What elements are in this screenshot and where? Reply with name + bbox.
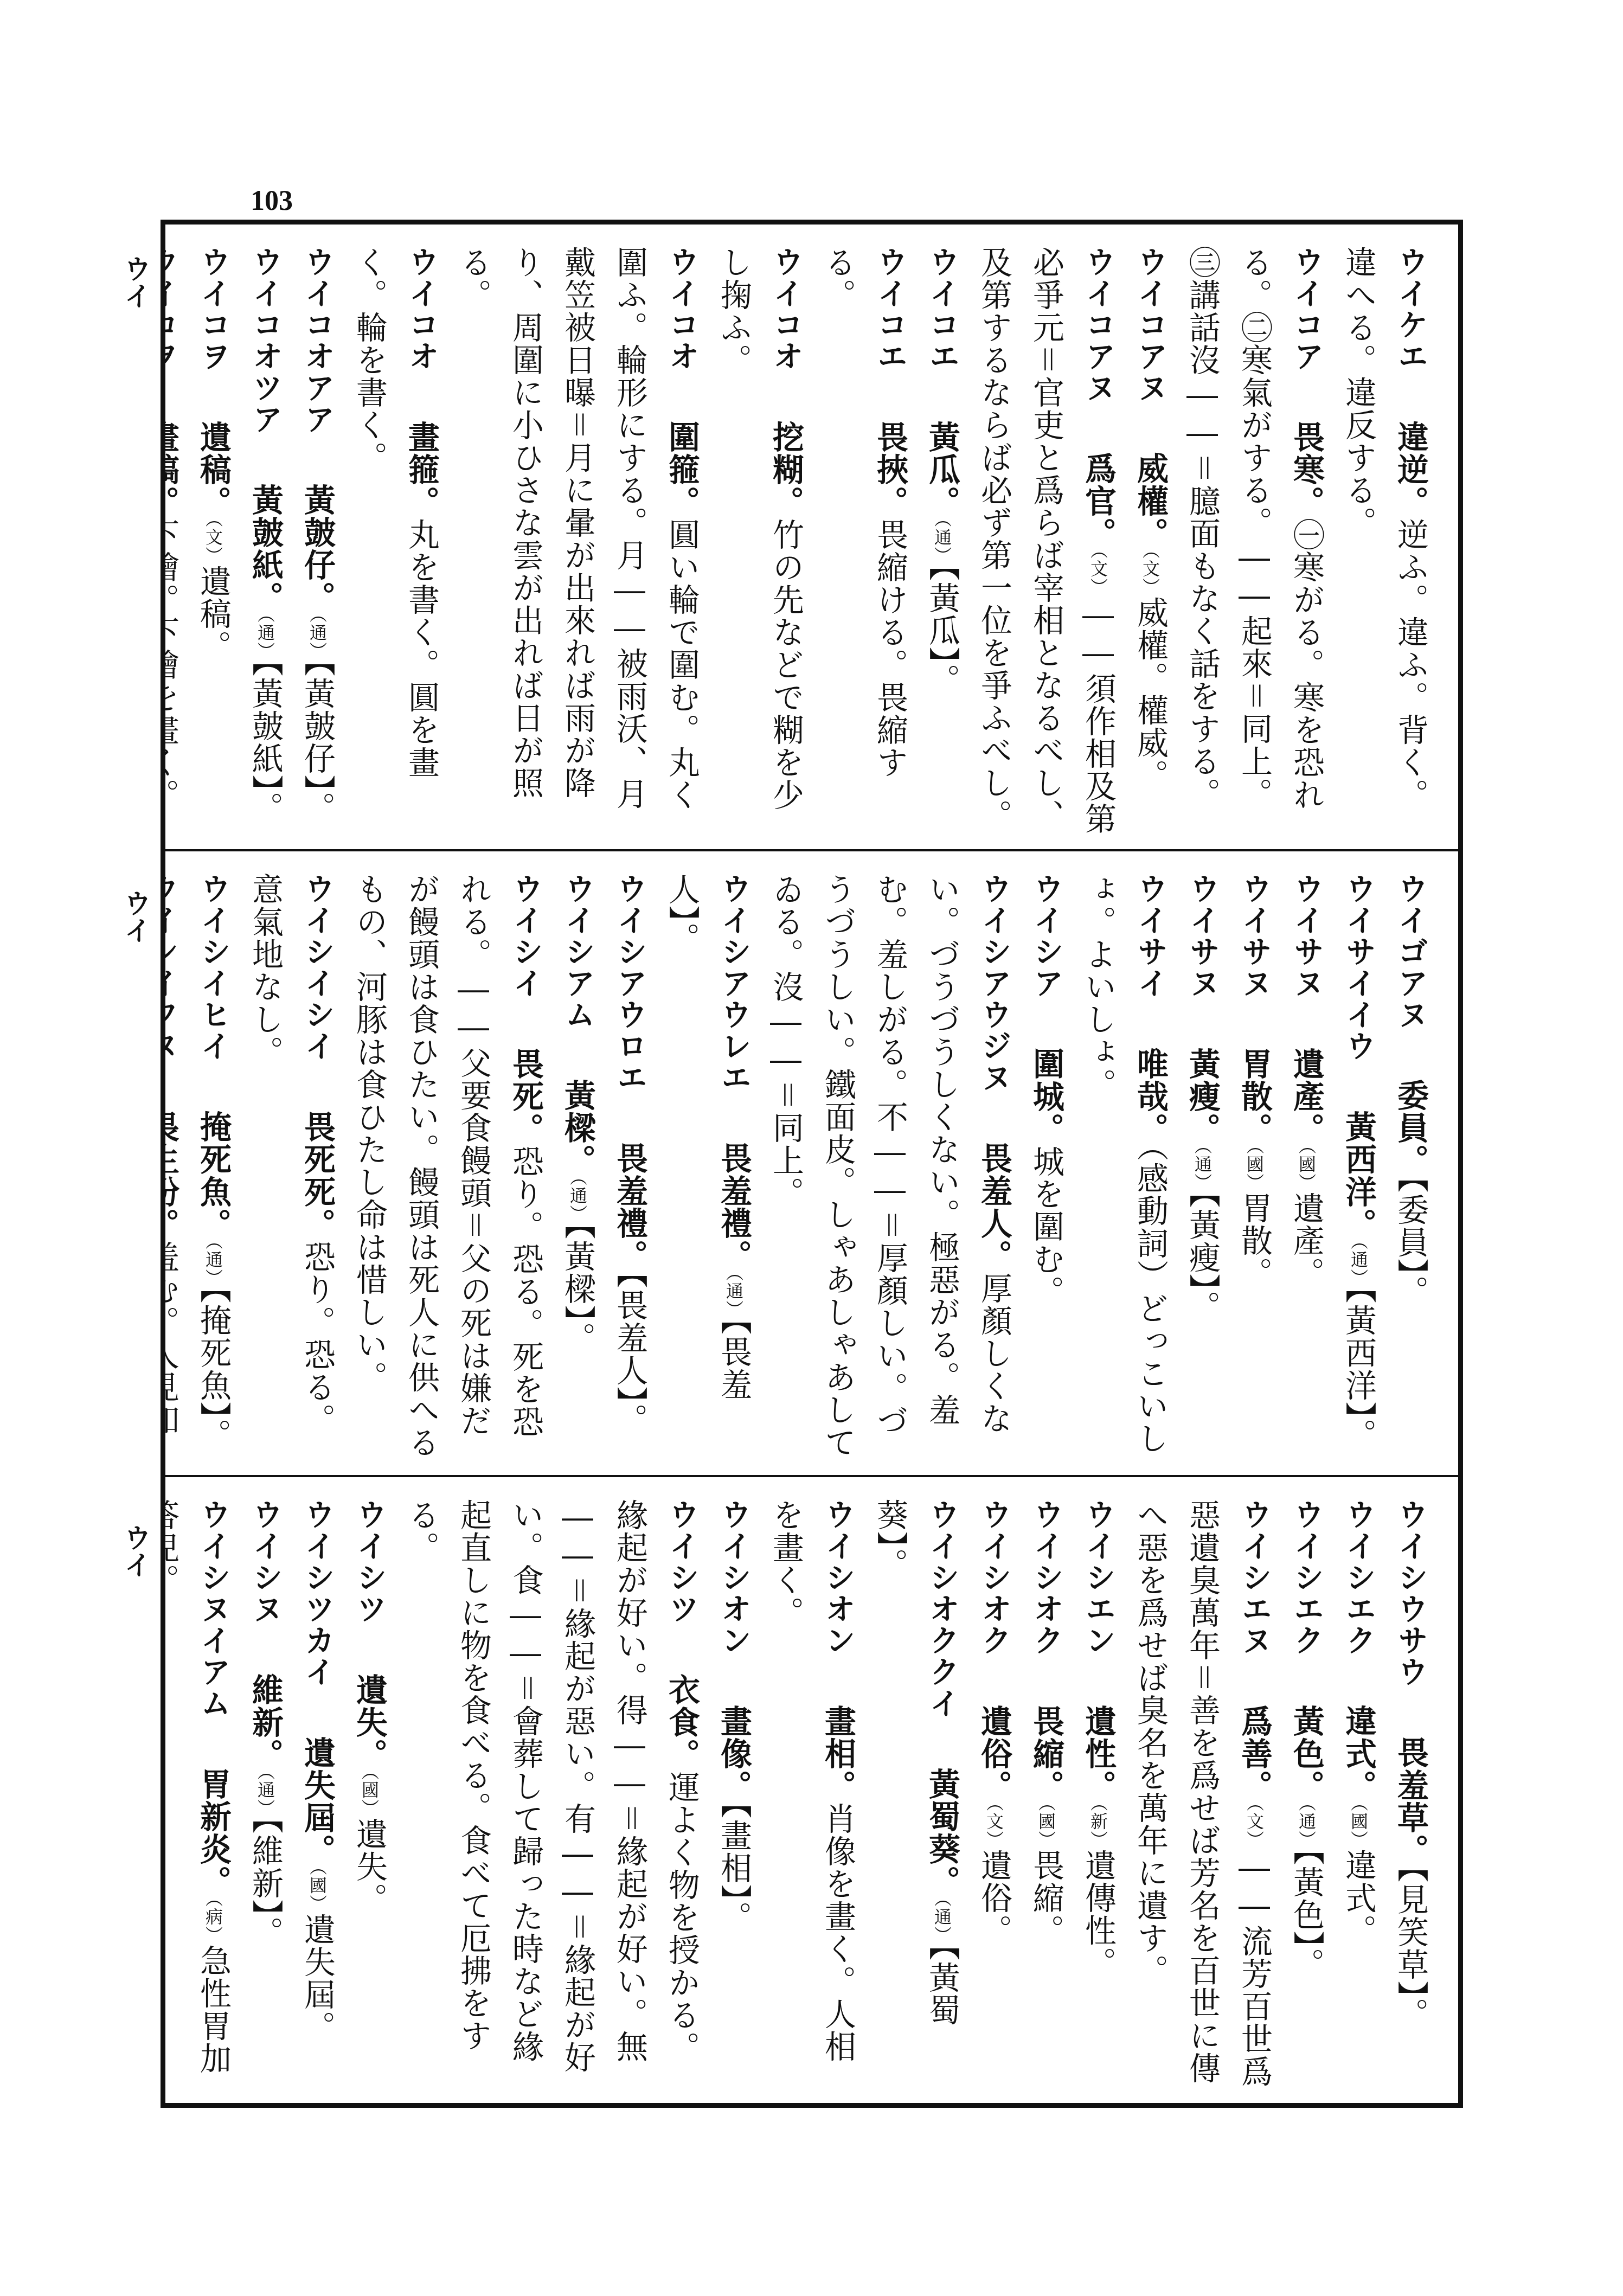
dictionary-entry: ウイシイシイ 畏死死。恐り。恐る。意氣地なし。 <box>239 873 343 1464</box>
headword: ウイコオアア <box>300 246 335 435</box>
entry-term: 畏死死。 <box>299 1111 336 1241</box>
usage-tag: （通） <box>1348 1241 1369 1287</box>
entry-columns: ウイゴアヌ 委員。【委員】。 ウイサイイウ 黃西洋。（通）【黃西洋】。 ウイサヌ… <box>165 873 1436 1464</box>
entry-definition: 遺產。 <box>1288 1192 1325 1290</box>
dictionary-entry: ウイサヌ 遺產。（國）遺產。 <box>1280 873 1332 1464</box>
usage-tag: （通） <box>1296 1803 1317 1849</box>
section-label: ウイ <box>122 1524 149 1578</box>
entry-term: 畏羞草。 <box>1392 1736 1429 1867</box>
dictionary-entry: ウイコエ 畏挾。畏縮ける。畏縮する。 <box>812 246 916 837</box>
entry-term: 違式。 <box>1340 1705 1377 1803</box>
entry-term: 畫箍。 <box>403 421 440 518</box>
entry-term: 畏死。 <box>507 1048 544 1145</box>
usage-tag: （國） <box>307 1867 328 1913</box>
headword: ウイシアウロエ <box>612 873 647 1093</box>
dictionary-band-middle: ウイゴアヌ 委員。【委員】。 ウイサイイウ 黃西洋。（通）【黃西洋】。 ウイサヌ… <box>165 851 1458 1475</box>
usage-tag: （通） <box>1192 1145 1213 1192</box>
usage-tag: （文） <box>984 1803 1004 1849</box>
entry-term: 畫稿。 <box>165 421 179 518</box>
entry-term: 黃皷仔。 <box>299 484 336 614</box>
entry-term: 衣食。 <box>663 1673 700 1771</box>
section-label: ウイ <box>122 889 149 944</box>
entry-definition: 【委員】。 <box>1392 1177 1429 1308</box>
headword: ウイシツ <box>664 1499 700 1625</box>
headword: ウイシア <box>1029 873 1064 999</box>
entry-definition: 遺傳性。 <box>1080 1849 1117 1979</box>
dictionary-entry: ウイシアウレエ 畏羞禮。（通）【畏羞人】。 <box>656 873 760 1464</box>
headword: ウイコオ <box>404 246 439 372</box>
dictionary-entry: ウイシイフヌ 畏生份。羞む。人見知する。 <box>165 873 187 1464</box>
headword: ウイシエン <box>1081 1499 1116 1656</box>
dictionary-entry: ウイコオアア 黃皷仔。（通）【黃皷仔】。 <box>291 246 343 837</box>
entry-definition: 圓い輪で圍む。丸く圍ふ。輪形にする。月――被雨沃、月戴笠被日曝＝月に暈が出來れば… <box>455 246 700 811</box>
usage-tag: （通） <box>307 614 328 660</box>
dictionary-entry: ウイサヌ 胃散。（國）胃散。 <box>1228 873 1280 1464</box>
usage-tag: （通） <box>932 1898 952 1945</box>
dictionary-entry: ウイコアヌ 爲官。（文）――須作相及第必爭元＝官吏と爲らば宰相となるべし、及第す… <box>968 246 1124 837</box>
usage-tag: （文） <box>1244 1803 1265 1849</box>
entry-term: 爲善。 <box>1236 1705 1273 1803</box>
headword: ウイシウサウ <box>1393 1499 1428 1688</box>
entry-definition: 違式。 <box>1340 1849 1377 1947</box>
headword: ウイコオツア <box>248 246 283 435</box>
headword: ウイシイ <box>508 873 543 999</box>
headword: ウイコオ <box>664 246 700 372</box>
usage-tag: （國） <box>1036 1803 1056 1849</box>
dictionary-entry: ウイシツ 衣食。運よく物を授かる。緣起が好い。得――＝緣起が好い。無――＝緣起が… <box>395 1499 708 2090</box>
usage-tag: （通） <box>932 518 952 565</box>
entry-term: 畏羞禮。 <box>715 1142 752 1272</box>
headword: ウイコエ <box>925 246 960 372</box>
headword: ウイサイ <box>1133 873 1168 999</box>
entry-term: 畫像。 <box>715 1705 752 1803</box>
entry-term: 畏羞禮。 <box>611 1142 648 1272</box>
headword: ウイコエ <box>873 246 908 372</box>
entry-definition: 畏縮。 <box>1028 1849 1064 1947</box>
dictionary-entry: ウイコオ 圍箍。圓い輪で圍む。丸く圍ふ。輪形にする。月――被雨沃、月戴笠被日曝＝… <box>447 246 708 837</box>
headword: ウイシオン <box>820 1499 856 1656</box>
headword: ウイシオク <box>977 1499 1012 1656</box>
entry-term: 遺性。 <box>1080 1705 1117 1803</box>
headword: ウイコア <box>1289 246 1324 372</box>
headword: ウイシイシイ <box>300 873 335 1062</box>
headword: ウイケエ <box>1393 246 1428 372</box>
dictionary-entry: ウイサイイウ 黃西洋。（通）【黃西洋】。 <box>1332 873 1384 1464</box>
page-number: 103 <box>251 187 293 215</box>
entry-definition: 【黃瘦】。 <box>1184 1192 1221 1323</box>
dictionary-entry: ウイシヌ 維新。（通）【維新】。 <box>239 1499 291 2090</box>
entry-columns: ウイシウサウ 畏羞草。【見笑草】。 ウイシエク 違式。（國）違式。 ウイシエク … <box>165 1499 1436 2090</box>
entry-definition: 【黃瓜】。 <box>923 565 960 696</box>
usage-tag: （文） <box>1088 550 1108 597</box>
headword: ウイシオククイ <box>925 1499 960 1719</box>
dictionary-entry: ウイコオ 挖糊。竹の先などで糊を少し掬ふ。 <box>708 246 812 837</box>
entry-term: 維新。 <box>247 1673 284 1771</box>
entry-term: 胃新炎。 <box>195 1768 232 1898</box>
entry-columns: ウイケエ 違逆。逆ふ。違ふ。背く。違へる。違反する。 ウイコア 畏寒。㊀寒がる。… <box>165 246 1436 837</box>
dictionary-entry: ウイシイ 畏死。恐り。恐る。死を恐れる。――父要食饅頭＝父の死は嫌だが饅頭は食ひ… <box>343 873 551 1464</box>
usage-tag: （國） <box>1348 1803 1369 1849</box>
headword: ウイシヌイアム <box>196 1499 231 1719</box>
dictionary-entry: ウイシエヌ 爲善。（文）――流芳百世爲惡遺臭萬年＝善を爲せば芳名を百世に傳へ惡を… <box>1124 1499 1280 2090</box>
dictionary-entry: ウイシエン 遺性。（新）遺傳性。 <box>1072 1499 1124 2090</box>
dictionary-entry: ウイコヲ 遺稿。（文）遺稿。 <box>187 246 239 837</box>
headword: ウイシツカイ <box>300 1499 335 1688</box>
usage-tag: （新） <box>1088 1803 1108 1849</box>
entry-definition: 威權。權威。 <box>1132 597 1169 792</box>
usage-tag: （通） <box>567 1177 588 1223</box>
entry-term: 違逆。 <box>1392 421 1429 518</box>
headword: ウイサヌ <box>1289 873 1324 999</box>
entry-term: 胃散。 <box>1236 1048 1273 1145</box>
dictionary-entry: ウイシオククイ 黃蜀葵。（通）【黃蜀葵】。 <box>864 1499 968 2090</box>
entry-term: 黃蜀葵。 <box>923 1768 960 1898</box>
headword: ウイコアヌ <box>1081 246 1116 403</box>
entry-term: 畏羞人。 <box>976 1142 1012 1272</box>
entry-term: 畏寒。 <box>1288 421 1325 518</box>
headword: ウイサヌ <box>1237 873 1272 999</box>
dictionary-entry: ウイサヌ 黃瘦。（通）【黃瘦】。 <box>1176 873 1228 1464</box>
entry-definition: 遺俗。 <box>976 1849 1012 1947</box>
headword: ウイシイフヌ <box>165 873 179 1062</box>
headword: ウイシイヒイ <box>196 873 231 1062</box>
entry-definition: 運よく物を授かる。緣起が好い。得――＝緣起が好い。無――＝緣起が惡い。有――＝緣… <box>403 1499 700 2074</box>
headword: ウイシエク <box>1341 1499 1376 1656</box>
dictionary-entry: ウイシオク 畏縮。（國）畏縮。 <box>1020 1499 1072 2090</box>
entry-term: 遺失屆。 <box>299 1736 336 1867</box>
entry-term: 爲官。 <box>1080 452 1117 550</box>
dictionary-entry: ウイシツ 遺失。（國）遺失。 <box>343 1499 395 2090</box>
headword: ウイシオク <box>1029 1499 1064 1656</box>
entry-definition: 遺失。 <box>351 1818 388 1915</box>
entry-term: 黃色。 <box>1288 1705 1325 1803</box>
entry-definition: 【黃皷紙】。 <box>247 660 284 824</box>
headword: ウイコヲ <box>165 246 179 372</box>
usage-tag: （通） <box>203 1241 223 1287</box>
entry-term: 黃皷紙。 <box>247 484 284 614</box>
dictionary-entry: ウイシアウロエ 畏羞禮。【畏羞人】。 <box>604 873 656 1464</box>
dictionary-entry: ウイシヌイアム 胃新炎。（病）急性胃加答兒。 <box>165 1499 239 2090</box>
dictionary-entry: ウイコオ 畫箍。丸を書く。圓を畫く。輪を書く。 <box>343 246 447 837</box>
entry-term: 唯哉。 <box>1132 1048 1169 1145</box>
entry-definition: 【掩死魚】。 <box>195 1287 232 1451</box>
entry-definition: 【維新】。 <box>247 1818 284 1949</box>
usage-tag: （國） <box>1244 1145 1265 1192</box>
dictionary-entry: ウイシア 圍城。城を圍む。 <box>1020 873 1072 1464</box>
dictionary-entry: ウイケエ 違逆。逆ふ。違ふ。背く。違へる。違反する。 <box>1332 246 1436 837</box>
dictionary-band-top: ウイケエ 違逆。逆ふ。違ふ。背く。違へる。違反する。 ウイコア 畏寒。㊀寒がる。… <box>165 225 1458 849</box>
entry-term: 黃瘦。 <box>1184 1048 1221 1145</box>
entry-definition: 城を圍む。 <box>1028 1145 1064 1308</box>
dictionary-entry: ウイコヲ 畫稿。下繪。下繪を畫く。 <box>165 246 187 837</box>
entry-definition: 下繪。下繪を畫く。 <box>165 518 179 811</box>
headword: ウイゴアヌ <box>1393 873 1428 1030</box>
entry-definition: 胃散。 <box>1236 1192 1273 1290</box>
entry-term: 威權。 <box>1132 452 1169 550</box>
dictionary-entry: ウイゴアヌ 委員。【委員】。 <box>1384 873 1436 1464</box>
entry-term: 黃西洋。 <box>1340 1111 1377 1241</box>
usage-tag: （通） <box>255 614 275 660</box>
dictionary-band-bottom: ウイシウサウ 畏羞草。【見笑草】。 ウイシエク 違式。（國）違式。 ウイシエク … <box>165 1477 1458 2103</box>
dictionary-entry: ウイシイヒイ 掩死魚。（通）【掩死魚】。 <box>187 873 239 1464</box>
headword: ウイシアウジヌ <box>977 873 1012 1093</box>
headword: ウイシエヌ <box>1237 1499 1272 1656</box>
dictionary-entry: ウイシアウジヌ 畏羞人。厚顏しくない。づうづうしくない。極惡がる。羞む。羞しがる… <box>760 873 1020 1464</box>
usage-tag: （病） <box>203 1898 223 1945</box>
entry-definition: 【見笑草】。 <box>1392 1867 1429 2030</box>
headword: ウイコアヌ <box>1133 246 1168 403</box>
entry-definition: 【黃皷仔】。 <box>299 660 336 824</box>
headword: ウイシオン <box>716 1499 752 1656</box>
entry-term: 遺稿。 <box>195 421 232 518</box>
dictionary-entry: ウイシエク 黃色。（通）【黃色】。 <box>1280 1499 1332 2090</box>
entry-term: 黃樑。 <box>559 1079 596 1177</box>
dictionary-entry: ウイコア 畏寒。㊀寒がる。寒を恐れる。㊁寒氣がする。――起來＝同上。㊂講話沒――… <box>1176 246 1332 837</box>
entry-definition: 【黃樑】。 <box>559 1223 596 1355</box>
entry-term: 圍箍。 <box>663 421 700 518</box>
entry-term: 畏挾。 <box>871 421 908 518</box>
usage-tag: （通） <box>723 1272 744 1319</box>
entry-term: 畏縮。 <box>1028 1705 1064 1803</box>
entry-definition: 遺失屆。 <box>299 1913 336 2043</box>
dictionary-entry: ウイシウサウ 畏羞草。【見笑草】。 <box>1384 1499 1436 2090</box>
entry-term: 遺俗。 <box>976 1705 1012 1803</box>
entry-term: 委員。 <box>1392 1079 1429 1177</box>
dictionary-entry: ウイシツカイ 遺失屆。（國）遺失屆。 <box>291 1499 343 2090</box>
dictionary-entry: ウイコエ 黃瓜。（通）【黃瓜】。 <box>916 246 968 837</box>
headword: ウイサイイウ <box>1341 873 1376 1062</box>
entry-term: 圍城。 <box>1028 1048 1064 1145</box>
headword: ウイシエク <box>1289 1499 1324 1656</box>
dictionary-entry: ウイシオク 遺俗。（文）遺俗。 <box>968 1499 1020 2090</box>
usage-tag: （國） <box>359 1771 380 1818</box>
entry-definition: 遺稿。 <box>195 565 232 663</box>
entry-term: 掩死魚。 <box>195 1111 232 1241</box>
dictionary-entry: ウイシオン 畫相。肖像を畫く。人相を畫く。 <box>760 1499 864 2090</box>
headword: ウイシツ <box>352 1499 387 1625</box>
headword: ウイコヲ <box>196 246 231 372</box>
usage-tag: （通） <box>255 1771 275 1818</box>
entry-term: 黃瓜。 <box>923 421 960 518</box>
usage-tag: （文） <box>1140 550 1160 597</box>
section-label: ウイ <box>122 255 149 309</box>
headword: ウイシアウレエ <box>716 873 752 1093</box>
entry-definition: 【黃色】。 <box>1288 1849 1325 1980</box>
entry-definition: 【黃西洋】。 <box>1340 1287 1377 1451</box>
usage-tag: （國） <box>1296 1145 1317 1192</box>
dictionary-entry: ウイシエク 違式。（國）違式。 <box>1332 1499 1384 2090</box>
entry-term: 挖糊。 <box>767 421 804 518</box>
dictionary-entry: ウイコオツア 黃皷紙。（通）【黃皷紙】。 <box>239 246 291 837</box>
entry-term: 畫相。 <box>819 1705 856 1803</box>
headword: ウイシヌ <box>248 1499 283 1625</box>
dictionary-entry: ウイシオン 畫像。【畫相】。 <box>708 1499 760 2090</box>
headword: ウイコオ <box>768 246 804 372</box>
entry-term: 遺失。 <box>351 1673 388 1771</box>
entry-definition: 【畫相】。 <box>715 1803 752 1934</box>
entry-definition: 【畏羞人】。 <box>611 1272 648 1436</box>
entry-term: 畏生份。 <box>165 1111 179 1241</box>
dictionary-entry: ウイシアム 黃樑。（通）【黃樑】。 <box>551 873 604 1464</box>
dictionary-entry: ウイサイ 唯哉。（感動詞）どっこいしょ。よいしょ。 <box>1072 873 1176 1464</box>
entry-term: 遺產。 <box>1288 1048 1325 1145</box>
dictionary-entry: ウイコアヌ 威權。（文）威權。權威。 <box>1124 246 1176 837</box>
headword: ウイシアム <box>560 873 595 1030</box>
usage-tag: （文） <box>203 518 223 565</box>
headword: ウイサヌ <box>1185 873 1220 999</box>
